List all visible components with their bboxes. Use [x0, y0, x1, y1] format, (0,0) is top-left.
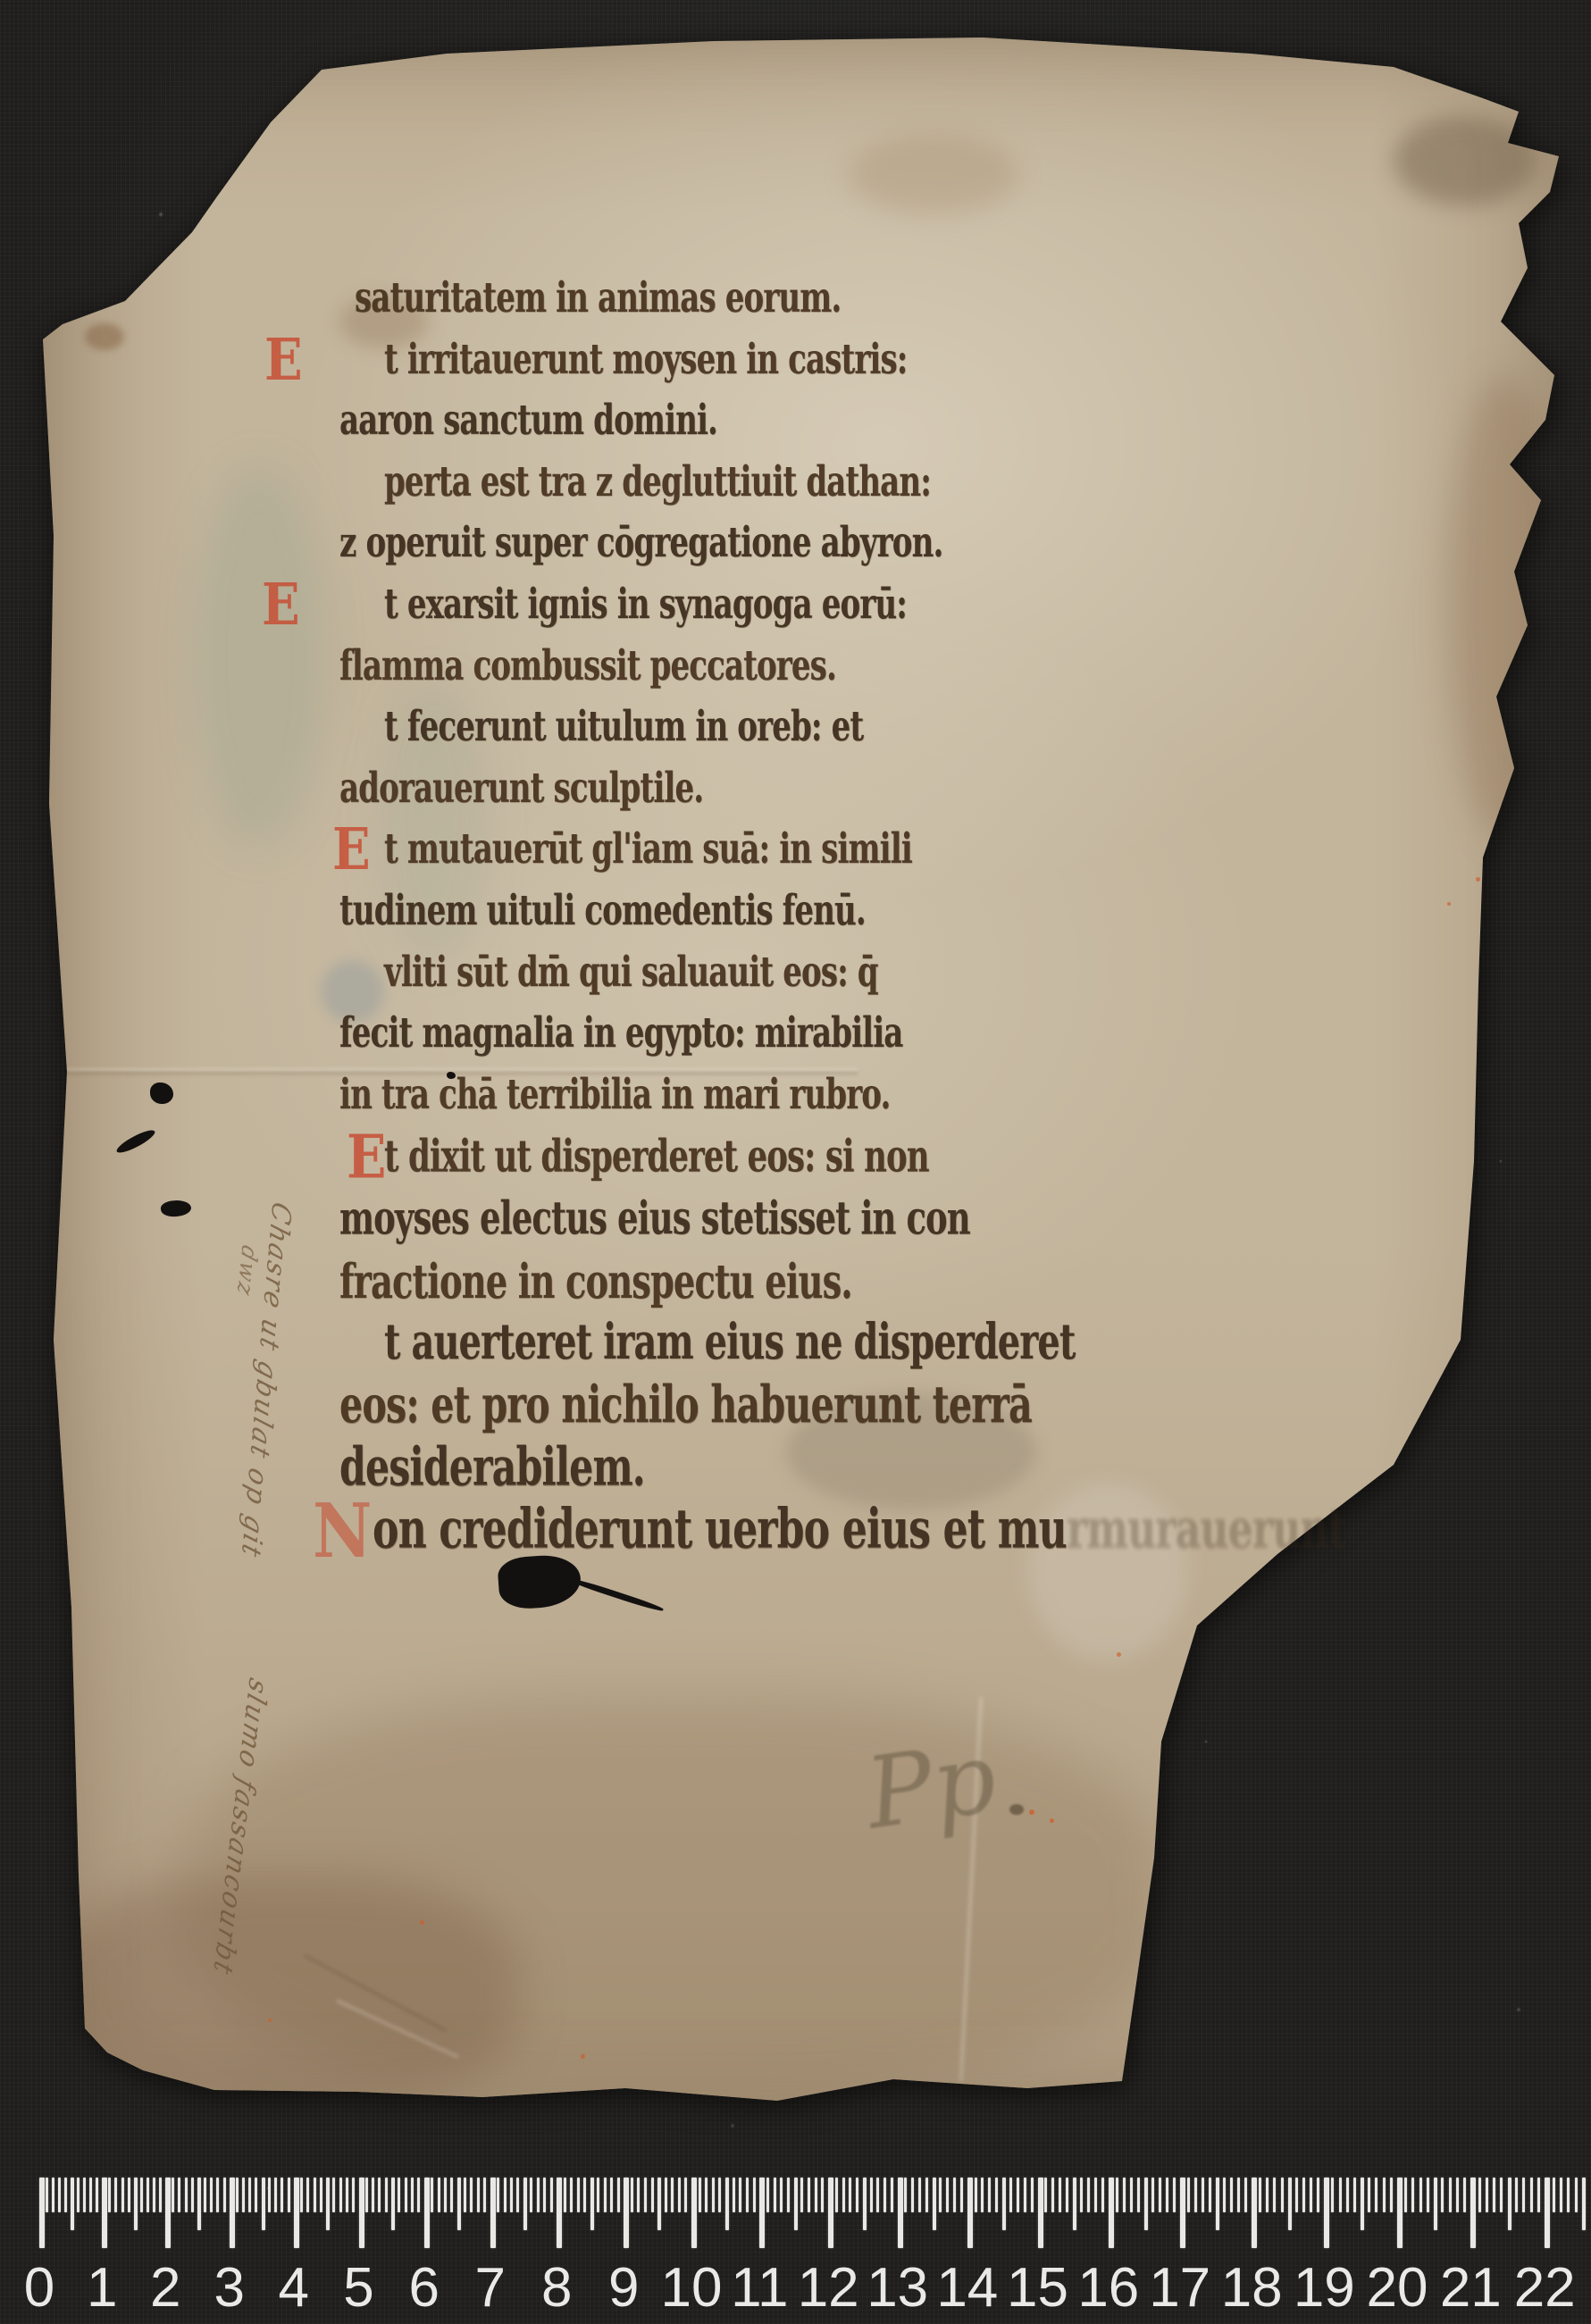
manuscript-line-text: t dixit ut disperderet eos: si non	[384, 1131, 929, 1183]
orange-speck	[1447, 902, 1451, 906]
orange-speck	[1029, 1810, 1034, 1815]
orange-speck	[581, 2054, 585, 2059]
orange-speck	[1476, 877, 1480, 882]
brown-spot	[114, 201, 141, 222]
manuscript-line-text: on crediderunt uerbo eius et mu	[373, 1497, 1067, 1561]
manuscript-line: fecit magnalia in egypto: mirabilia	[339, 1012, 902, 1054]
bottom-darkening	[179, 1697, 1161, 2090]
faded-text-tail: rmurauerunt	[1067, 1497, 1345, 1561]
rubric-initial: N	[313, 1495, 372, 1570]
manuscript-line-text: desiderabilem.	[339, 1435, 645, 1498]
manuscript-line: desiderabilem.	[339, 1441, 645, 1493]
manuscript-line: adorauerunt sculptile.	[339, 767, 703, 809]
green-wash-stain	[192, 464, 326, 849]
parchment-hole	[160, 1199, 192, 1217]
manuscript-line: vliti sūt dm̄ qui saluauit eos: q̄	[384, 951, 878, 993]
manuscript-line: moyses electus eius stetisset in con	[339, 1196, 970, 1241]
manuscript-line: in tra chā terribilia in mari rubro.	[339, 1074, 891, 1116]
pen-flourish: Pp	[859, 1720, 1003, 1852]
manuscript-line: t exarsit ignis in synagoga eorū:	[384, 583, 907, 625]
large-parchment-hole	[497, 1553, 582, 1610]
manuscript-line-text: t auerteret iram eius ne disperderet	[384, 1313, 1075, 1371]
wrinkle	[304, 1954, 447, 2032]
manuscript-line-text: perta est tra z degluttiuit dathan:	[384, 456, 931, 506]
manuscript-line: t mutauerūt gl'iam suā: in simili	[384, 828, 912, 870]
rubric-initial: E	[332, 821, 371, 878]
parchment-hole	[150, 1083, 173, 1104]
parchment-slit	[114, 1126, 157, 1156]
brown-patch	[1394, 116, 1537, 205]
manuscript-line-text: saturitatem in animas eorum.	[355, 272, 841, 322]
manuscript-line: eos: et pro nichilo habuerunt terrā	[339, 1380, 1032, 1431]
marginal-inscription: dwz	[232, 1242, 263, 1300]
top-stain	[849, 134, 1018, 214]
manuscript-line-text: fractione in conspectu eius.	[339, 1253, 852, 1309]
rubric-initial: E	[262, 576, 300, 633]
manuscript-line: perta est tra z degluttiuit dathan:	[384, 461, 931, 503]
photograph-stage: saturitatem in animas eorum.Et irritauer…	[0, 0, 1591, 2324]
manuscript-line: t auerteret iram eius ne disperderet	[384, 1318, 1075, 1367]
manuscript-line-text: tudinem uituli comedentis fenū.	[339, 885, 866, 934]
manuscript-line: aaron sanctum domini.	[339, 399, 717, 441]
bottom-darkening	[54, 1876, 518, 2108]
manuscript-line-text: aaron sanctum domini.	[339, 395, 717, 444]
rubric-initial: E	[347, 1127, 387, 1187]
manuscript-line: t dixit ut disperderet eos: si non	[384, 1134, 929, 1178]
manuscript-line-text: adorauerunt sculptile.	[339, 763, 703, 812]
manuscript-line: saturitatem in animas eorum.	[355, 277, 841, 319]
manuscript-line-text: t exarsit ignis in synagoga eorū:	[384, 579, 907, 628]
hole-tail-crack	[569, 1576, 665, 1613]
wrinkle	[336, 1999, 458, 2058]
orange-speck	[420, 1920, 424, 1925]
manuscript-line: z operuit super cōgregatione abyron.	[339, 522, 942, 564]
manuscript-line-text: in tra chā terribilia in mari rubro.	[339, 1069, 891, 1118]
manuscript-line-text: t fecerunt uitulum in oreb: et	[384, 701, 863, 750]
manuscript-line-text: eos: et pro nichilo habuerunt terrā	[339, 1375, 1032, 1434]
manuscript-line-text: t mutauerūt gl'iam suā: in simili	[384, 824, 912, 874]
manuscript-line: tudinem uituli comedentis fenū.	[339, 890, 866, 932]
manuscript-line: t irritauerunt moysen in castris:	[384, 339, 907, 380]
manuscript-line-text: t irritauerunt moysen in castris:	[384, 334, 907, 383]
manuscript-line: t fecerunt uitulum in oreb: et	[384, 706, 863, 748]
edge-streak-stain	[1447, 375, 1563, 840]
manuscript-line-text: moyses electus eius stetisset in con	[339, 1191, 970, 1245]
manuscript-line-text: vliti sūt dm̄ qui saluauit eos: q̄	[384, 947, 878, 996]
orange-speck	[1050, 1818, 1054, 1823]
rubric-initial: E	[264, 331, 303, 389]
manuscript-line-text: flamma combussit peccatores.	[339, 640, 836, 690]
manuscript-line: flamma combussit peccatores.	[339, 645, 836, 687]
manuscript-line-text: fecit magnalia in egypto: mirabilia	[339, 1007, 902, 1057]
dark-dot-stain	[1009, 1804, 1024, 1815]
brown-spot	[85, 323, 124, 350]
manuscript-line-text: z operuit super cōgregatione abyron.	[339, 518, 942, 567]
manuscript-line: on crediderunt uerbo eius et murmuraueru…	[373, 1502, 1345, 1557]
manuscript-line: fractione in conspectu eius.	[339, 1258, 852, 1305]
orange-speck	[268, 2019, 272, 2022]
orange-speck	[1117, 1652, 1121, 1657]
